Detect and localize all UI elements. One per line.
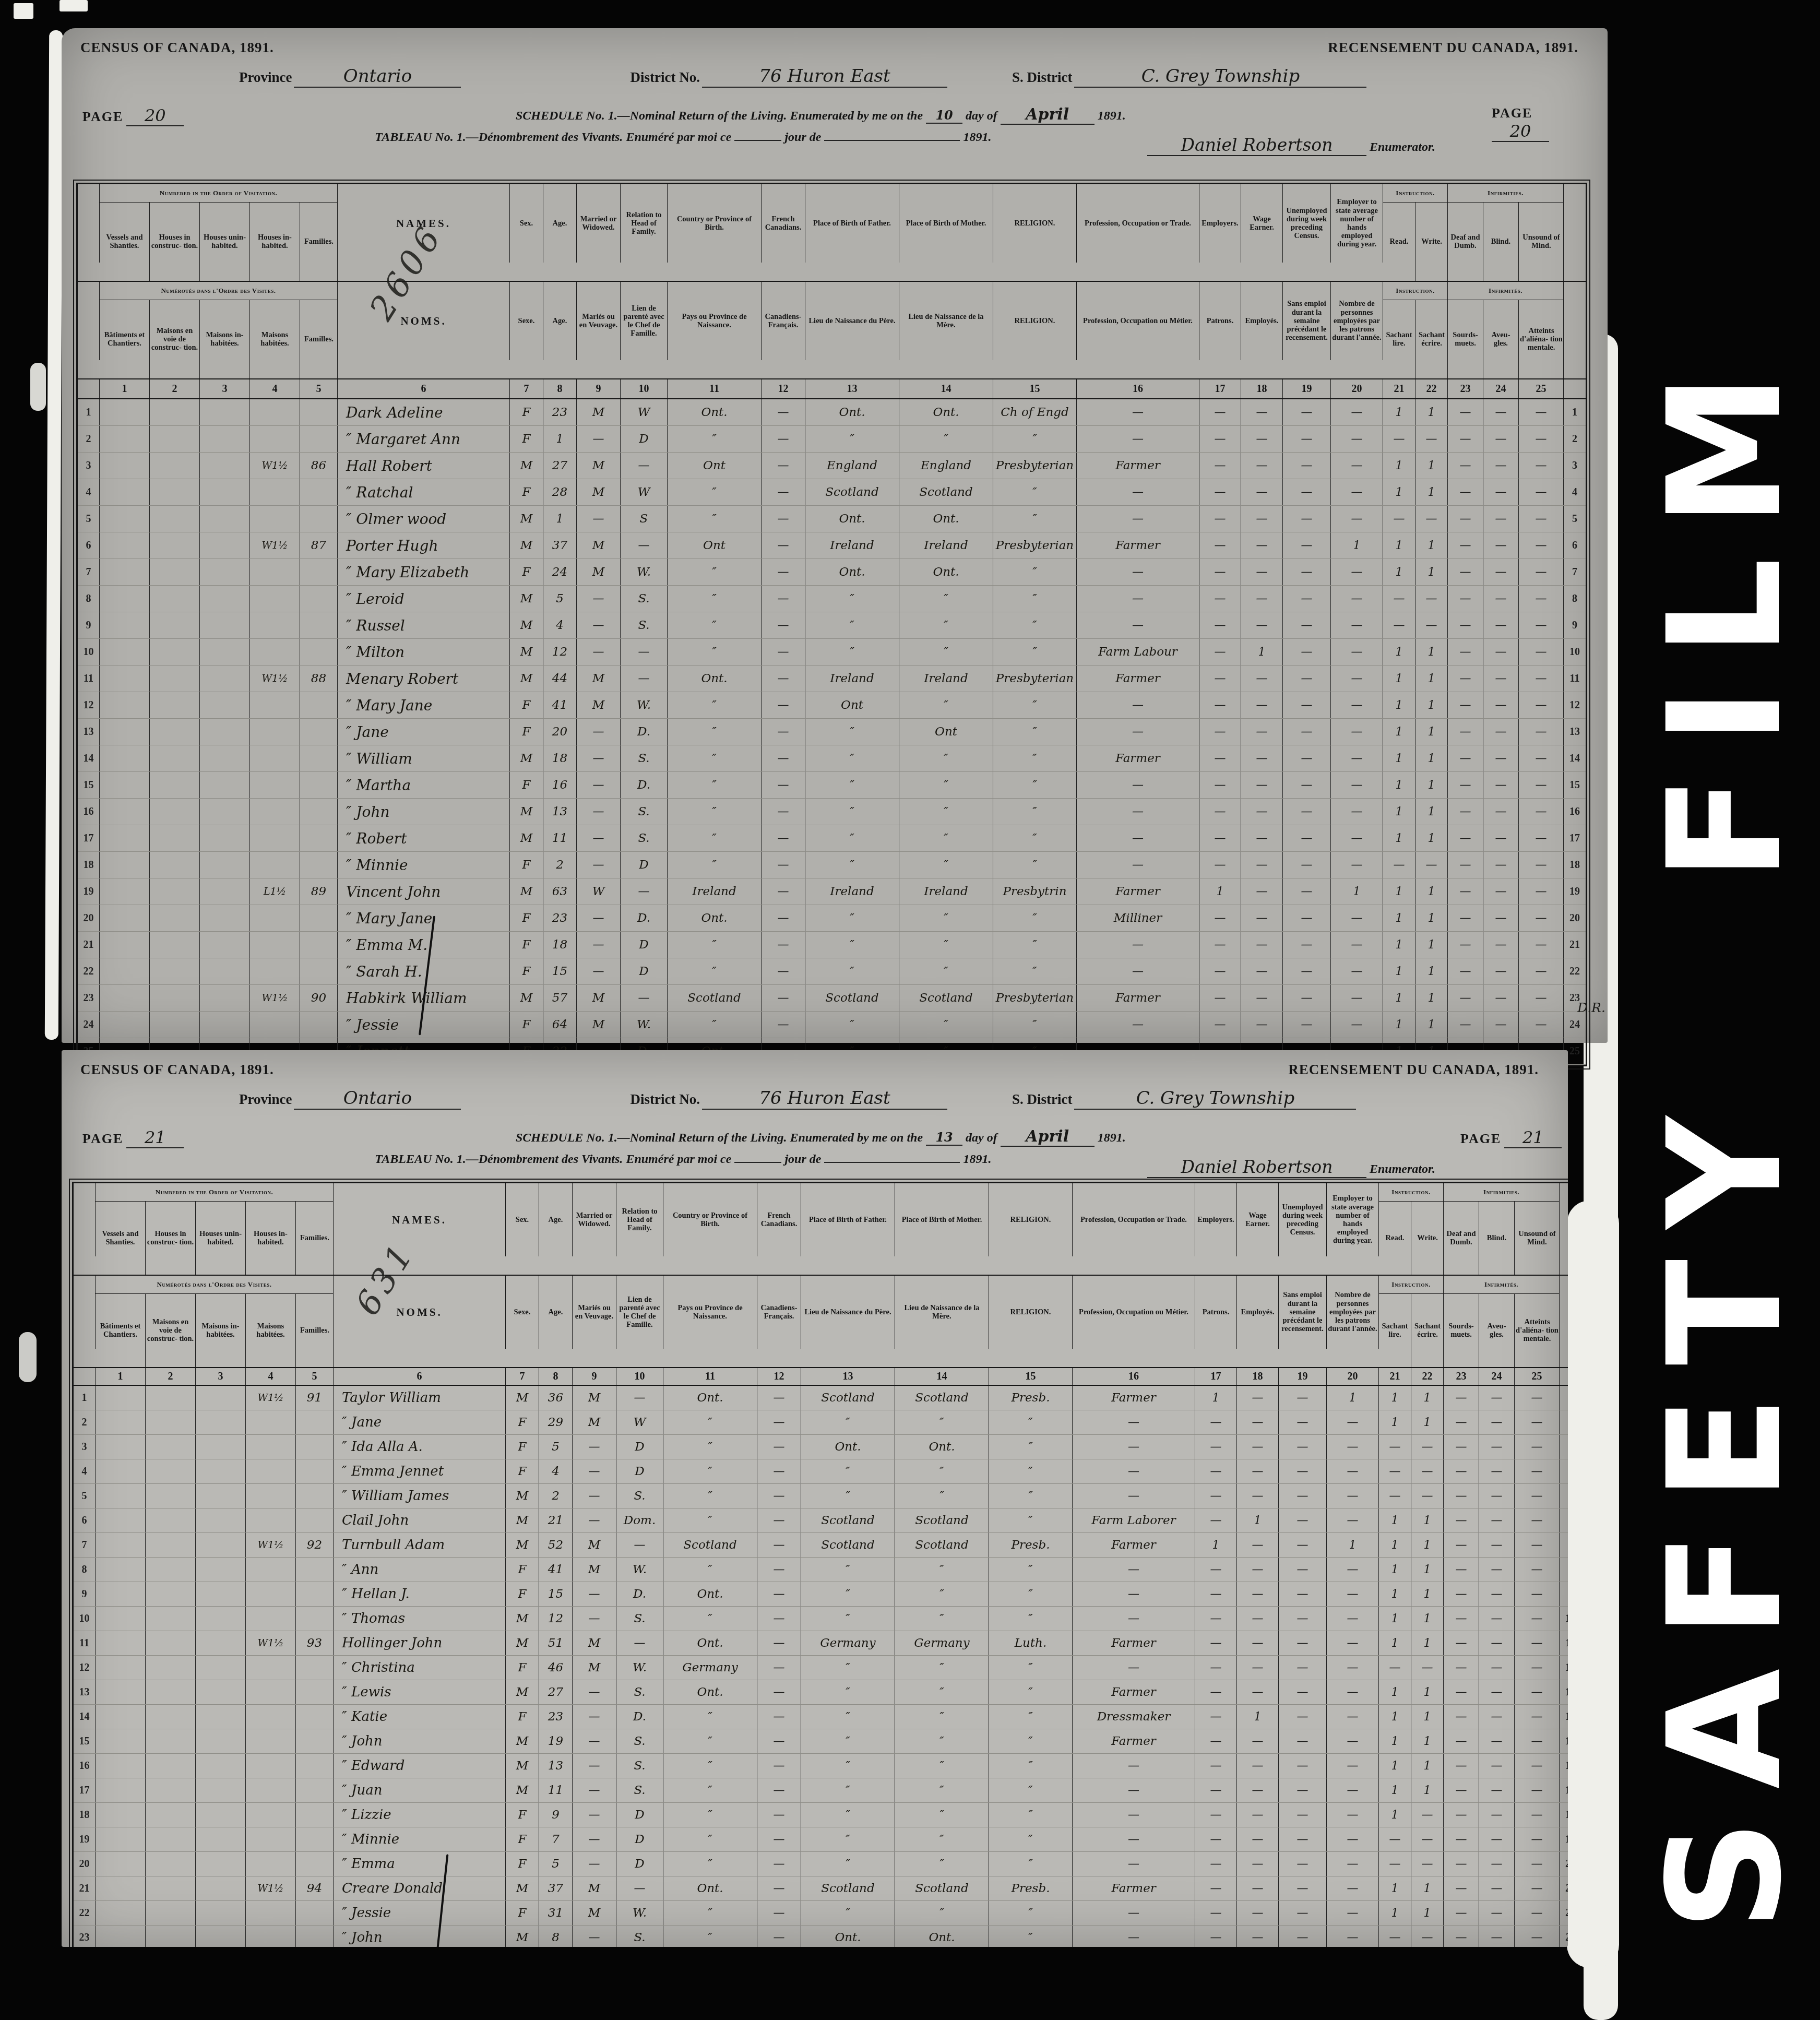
header-cell-en-13: Place of Birth of Father. <box>801 1183 895 1256</box>
cell-col-17: — <box>1195 1754 1237 1778</box>
column-number-8: 8 <box>543 379 577 398</box>
cell-col-9: — <box>577 958 621 984</box>
cell-col-13: ″ <box>801 1680 895 1704</box>
cell-col-6: ″ Katie <box>334 1705 506 1729</box>
cell-col-23: — <box>1448 426 1483 452</box>
page-label-right: PAGE <box>1492 105 1532 121</box>
cell-col-3 <box>200 506 250 532</box>
cell-col-13: England <box>805 453 899 479</box>
row-number-left: 6 <box>74 1508 96 1532</box>
row-number-right: 17 <box>1564 825 1586 851</box>
page-title-fr: RECENSEMENT DU CANADA, 1891. <box>1288 1062 1539 1078</box>
cell-col-11: Ont. <box>663 1631 757 1655</box>
cell-col-8: 41 <box>543 692 577 718</box>
cell-col-16: — <box>1073 1484 1195 1508</box>
cell-col-11: Scotland <box>663 1533 757 1557</box>
cell-col-23: — <box>1444 1508 1479 1532</box>
row-number-left: 15 <box>78 772 100 798</box>
cell-col-4 <box>250 612 300 638</box>
row-number-left: 1 <box>78 399 100 425</box>
cell-col-17: — <box>1199 772 1241 798</box>
cell-col-24: — <box>1483 586 1519 612</box>
header-cell-en-9: Married or Widowed. <box>577 184 621 263</box>
header-cell-en-19: Unemployed during week preceding Census. <box>1279 1183 1327 1256</box>
cell-col-23: — <box>1448 612 1483 638</box>
table-row: 6W1½87Porter HughM37M—Ont—IrelandIreland… <box>78 532 1586 559</box>
cell-col-20: — <box>1331 639 1383 665</box>
cell-col-3 <box>196 1926 246 1947</box>
cell-col-2 <box>150 479 200 505</box>
cell-col-4 <box>250 639 300 665</box>
cell-col-11: ″ <box>663 1852 757 1876</box>
header-band-fr: Numérotés dans l'Ordre des Visites.Bâtim… <box>74 1276 1568 1368</box>
cell-col-17: — <box>1199 586 1241 612</box>
cell-col-7: F <box>506 1705 539 1729</box>
cell-col-25: — <box>1519 1012 1564 1038</box>
cell-col-1 <box>100 532 150 559</box>
cell-col-9: M <box>573 1876 616 1900</box>
group-visitation-cols: Bâtiments et Chantiers.Maisons en voie d… <box>96 1294 333 1367</box>
row-number-right: 20 <box>1564 905 1586 931</box>
cell-col-8: 31 <box>539 1901 573 1925</box>
cell-col-13: ″ <box>801 1827 895 1851</box>
cell-col-12: — <box>762 612 805 638</box>
cell-col-17: — <box>1195 1827 1237 1851</box>
cell-col-9: — <box>573 1582 616 1606</box>
column-number-21: 21 <box>1383 379 1415 398</box>
cell-col-3 <box>196 1754 246 1778</box>
header-cell-en-16: Profession, Occupation or Trade. <box>1077 184 1199 263</box>
cell-col-7: F <box>506 1852 539 1876</box>
cell-col-2 <box>146 1410 196 1434</box>
table-row: 8″ AnnF41MW.″—″″″—————11———8 <box>74 1558 1568 1582</box>
cell-col-6: ″ Emma Jennet <box>334 1459 506 1483</box>
header-cell-en-18: Wage Earner. <box>1237 1183 1279 1256</box>
cell-col-20: — <box>1327 1656 1379 1680</box>
cell-col-2 <box>146 1680 196 1704</box>
cell-col-14: ″ <box>895 1901 989 1925</box>
sdistrict-value: C. Grey Township <box>1074 66 1366 88</box>
cell-col-6: ″ Emma M. <box>338 932 510 958</box>
header-cell-en-8: Age. <box>543 184 577 263</box>
row-number-right: 9 <box>1560 1582 1568 1606</box>
cell-col-3 <box>196 1631 246 1655</box>
cell-col-14: ″ <box>895 1778 989 1802</box>
cell-col-25: — <box>1515 1459 1560 1483</box>
margin-note: D.R. <box>1577 1000 1605 1015</box>
row-number-left: 22 <box>74 1901 96 1925</box>
cell-col-9: — <box>577 799 621 825</box>
enumerated-prefix: Enumerated by me on the <box>790 109 923 123</box>
cell-col-17: — <box>1195 1926 1237 1947</box>
cell-col-18: — <box>1237 1484 1279 1508</box>
header-cell-fr-13: Lieu de Naissance du Père. <box>805 282 899 360</box>
group-infirmities-cols: Deaf and Dumb.Blind.Unsound of Mind. <box>1448 203 1563 281</box>
cell-col-18: — <box>1241 799 1283 825</box>
table-row: 2″ JaneF29MW″—″″″—————11———2 <box>74 1410 1568 1435</box>
row-number-right: 20 <box>1560 1852 1568 1876</box>
cell-col-10: S <box>621 506 668 532</box>
cell-col-1 <box>100 745 150 771</box>
group-instruction-title: Instruction. <box>1383 282 1447 300</box>
cell-col-11: ″ <box>668 506 762 532</box>
cell-col-11: Ont <box>668 532 762 559</box>
cell-col-7: M <box>506 1484 539 1508</box>
cell-col-12: — <box>762 799 805 825</box>
cell-col-14: Scotland <box>899 479 993 505</box>
cell-col-14: ″ <box>895 1680 989 1704</box>
cell-col-7: M <box>506 1778 539 1802</box>
cell-col-2 <box>150 772 200 798</box>
cell-col-14: Ireland <box>899 666 993 692</box>
cell-col-11: ″ <box>663 1827 757 1851</box>
row-number-right: 11 <box>1564 666 1586 692</box>
cell-col-10: S. <box>616 1680 663 1704</box>
province-line: Province Ontario District No. 76 Huron E… <box>239 1088 1544 1110</box>
cell-col-14: ″ <box>895 1484 989 1508</box>
cell-col-2 <box>146 1754 196 1778</box>
cell-col-3 <box>196 1827 246 1851</box>
cell-col-12: — <box>757 1876 801 1900</box>
cell-col-8: 44 <box>543 666 577 692</box>
schedule-en: SCHEDULE No. 1.—Nominal Return of the Li… <box>516 1131 787 1145</box>
district-label: District No. <box>630 69 699 85</box>
cell-col-14: ″ <box>899 692 993 718</box>
cell-col-12: — <box>762 985 805 1011</box>
cell-col-21: 1 <box>1383 745 1415 771</box>
header-cell-fr-23: Sourds- muets. <box>1444 1294 1479 1367</box>
page-number-right: 20 <box>1492 121 1549 142</box>
cell-col-14: Ont. <box>899 506 993 532</box>
cell-col-2 <box>150 852 200 878</box>
cell-col-13: ″ <box>801 1607 895 1631</box>
cell-col-3 <box>196 1607 246 1631</box>
cell-col-9: — <box>577 426 621 452</box>
cell-col-24: — <box>1483 852 1519 878</box>
row-number-left: 11 <box>78 666 100 692</box>
cell-col-15: ″ <box>989 1582 1073 1606</box>
cell-col-5: 89 <box>300 878 338 905</box>
cell-col-9: — <box>573 1607 616 1631</box>
cell-col-23: — <box>1448 719 1483 745</box>
cell-col-9: — <box>573 1729 616 1753</box>
cell-col-22: 1 <box>1415 532 1448 559</box>
cell-col-20: — <box>1327 1754 1379 1778</box>
group-visitation-title: Numbered in the Order of Visitation. <box>96 1183 333 1202</box>
cell-col-22: 1 <box>1415 1012 1448 1038</box>
cell-col-20: — <box>1331 399 1383 425</box>
cell-col-25: — <box>1515 1435 1560 1459</box>
cell-col-6: ″ Jane <box>334 1410 506 1434</box>
cell-col-5 <box>296 1729 334 1753</box>
row-number-right: 14 <box>1564 745 1586 771</box>
cell-col-2 <box>146 1778 196 1802</box>
cell-col-24: — <box>1483 639 1519 665</box>
cell-col-23: — <box>1444 1386 1479 1410</box>
group-visitation: Numérotés dans l'Ordre des Visites.Bâtim… <box>100 282 338 378</box>
cell-col-22: 1 <box>1411 1386 1444 1410</box>
cell-col-24: — <box>1483 559 1519 585</box>
row-number-left: 17 <box>78 825 100 851</box>
cell-col-6: ″ Ratchal <box>338 479 510 505</box>
cell-col-25: — <box>1519 586 1564 612</box>
cell-col-9: — <box>573 1705 616 1729</box>
row-number-right: 8 <box>1560 1558 1568 1582</box>
tableau-text: TABLEAU No. 1.—Dénombrement des Vivants.… <box>375 1152 1158 1167</box>
cell-col-18: — <box>1237 1680 1279 1704</box>
cell-col-2 <box>150 1012 200 1038</box>
header-cell-fr-11: Pays ou Province de Naissance. <box>663 1276 757 1349</box>
cell-col-22: — <box>1415 852 1448 878</box>
cell-col-20: — <box>1327 1607 1379 1631</box>
cell-col-4 <box>246 1410 296 1434</box>
cell-col-7: F <box>506 1901 539 1925</box>
cell-col-8: 57 <box>543 985 577 1011</box>
cell-col-4 <box>246 1852 296 1876</box>
cell-col-2 <box>150 559 200 585</box>
header-cell-fr-22: Sachant écrire. <box>1415 300 1448 378</box>
cell-col-19: — <box>1279 1680 1327 1704</box>
cell-col-13: ″ <box>805 639 899 665</box>
cell-col-24: — <box>1479 1631 1515 1655</box>
cell-col-19: — <box>1283 479 1331 505</box>
cell-col-21: 1 <box>1383 878 1415 905</box>
cell-col-17: — <box>1199 719 1241 745</box>
header-cell-fr-6: NOMS. <box>338 282 510 360</box>
row-number-right: 10 <box>1560 1607 1568 1631</box>
cell-col-6: ″ Minnie <box>334 1827 506 1851</box>
cell-col-11: ″ <box>668 745 762 771</box>
cell-col-23: — <box>1444 1803 1479 1827</box>
cell-col-8: 52 <box>539 1533 573 1557</box>
cell-col-12: — <box>762 958 805 984</box>
header-cell-en-11: Country or Province of Birth. <box>663 1183 757 1256</box>
cell-col-21: 1 <box>1383 453 1415 479</box>
cell-col-12: — <box>757 1852 801 1876</box>
cell-col-16: Farmer <box>1073 1533 1195 1557</box>
cell-col-18: — <box>1241 878 1283 905</box>
cell-col-5 <box>300 772 338 798</box>
cell-col-13: ″ <box>805 745 899 771</box>
cell-col-19: — <box>1279 1852 1327 1876</box>
header-cell-fr-17: Patrons. <box>1199 282 1241 360</box>
cell-col-1 <box>100 852 150 878</box>
cell-col-22: 1 <box>1411 1582 1444 1606</box>
cell-col-22: — <box>1411 1926 1444 1947</box>
cell-col-13: ″ <box>805 719 899 745</box>
cell-col-24: — <box>1479 1705 1515 1729</box>
cell-col-19: — <box>1279 1459 1327 1483</box>
cell-col-8: 5 <box>539 1435 573 1459</box>
header-cell-fr-10: Lien de parenté avec le Chef de Famille. <box>616 1276 663 1349</box>
header-cell-fr-8: Age. <box>539 1276 573 1349</box>
enumerator-label: Enumerator. <box>1370 140 1435 154</box>
row-number-right: 10 <box>1564 639 1586 665</box>
cell-col-14: ″ <box>899 426 993 452</box>
header-cell-fr-4: Maisons habitées. <box>246 1294 296 1367</box>
cell-col-24: — <box>1479 1901 1515 1925</box>
cell-col-25: — <box>1515 1926 1560 1947</box>
cell-col-23: — <box>1444 1582 1479 1606</box>
cell-col-1 <box>96 1386 146 1410</box>
cell-col-12: — <box>757 1459 801 1483</box>
row-number-right: 9 <box>1564 612 1586 638</box>
cell-col-6: ″ Edward <box>334 1754 506 1778</box>
cell-col-12: — <box>757 1558 801 1582</box>
cell-col-10: — <box>616 1386 663 1410</box>
cell-col-12: — <box>762 586 805 612</box>
cell-col-3 <box>196 1558 246 1582</box>
column-number-25: 25 <box>1519 379 1564 398</box>
cell-col-20: — <box>1327 1558 1379 1582</box>
column-number-21: 21 <box>1379 1368 1411 1385</box>
cell-col-22: 1 <box>1411 1607 1444 1631</box>
cell-col-20: — <box>1331 453 1383 479</box>
cell-col-15: Presb. <box>989 1386 1073 1410</box>
cell-col-23: — <box>1444 1410 1479 1434</box>
cell-col-10: — <box>616 1533 663 1557</box>
header-band-fr: Numérotés dans l'Ordre des Visites.Bâtim… <box>78 282 1586 379</box>
cell-col-15: ″ <box>989 1705 1073 1729</box>
row-number-right: 4 <box>1560 1459 1568 1483</box>
cell-col-10: D. <box>616 1705 663 1729</box>
cell-col-15: ″ <box>989 1901 1073 1925</box>
header-cell-fr-9: Mariés ou en Veuvage. <box>577 282 621 360</box>
row-number-left: 2 <box>74 1410 96 1434</box>
cell-col-19: — <box>1279 1410 1327 1434</box>
cell-col-4 <box>250 426 300 452</box>
column-number-13: 13 <box>805 379 899 398</box>
header-cell-fr-1: Bâtiments et Chantiers. <box>100 300 150 378</box>
cell-col-2 <box>146 1533 196 1557</box>
cell-col-3 <box>200 453 250 479</box>
row-number-corner <box>1560 1183 1568 1256</box>
cell-col-9: M <box>577 985 621 1011</box>
cell-col-16: — <box>1077 1012 1199 1038</box>
cell-col-6: Dark Adeline <box>338 399 510 425</box>
cell-col-6: ″ Milton <box>338 639 510 665</box>
cell-col-10: Dom. <box>616 1508 663 1532</box>
cell-col-24: — <box>1479 1656 1515 1680</box>
cell-col-19: — <box>1279 1386 1327 1410</box>
cell-col-18: — <box>1237 1926 1279 1947</box>
cell-col-23: — <box>1448 586 1483 612</box>
cell-col-19: — <box>1283 932 1331 958</box>
cell-col-2 <box>150 586 200 612</box>
row-number-corner <box>1564 379 1586 398</box>
cell-col-10: — <box>616 1876 663 1900</box>
cell-col-11: ″ <box>668 825 762 851</box>
cell-col-9: M <box>573 1410 616 1434</box>
cell-col-18: 1 <box>1241 639 1283 665</box>
cell-col-11: Ont. <box>663 1582 757 1606</box>
cell-col-19: — <box>1283 399 1331 425</box>
cell-col-4 <box>250 692 300 718</box>
group-visitation-title: Numérotés dans l'Ordre des Visites. <box>96 1276 333 1294</box>
cell-col-19: — <box>1283 799 1331 825</box>
cell-col-24: — <box>1479 1582 1515 1606</box>
cell-col-18: — <box>1241 932 1283 958</box>
cell-col-6: ″ Sarah H. <box>338 958 510 984</box>
row-number-corner <box>1564 282 1586 360</box>
cell-col-20: — <box>1327 1459 1379 1483</box>
cell-col-10: D <box>616 1803 663 1827</box>
cell-col-7: F <box>510 852 543 878</box>
column-number-17: 17 <box>1199 379 1241 398</box>
cell-col-6: ″ Emma <box>334 1852 506 1876</box>
row-number-right: 7 <box>1560 1533 1568 1557</box>
cell-col-8: 19 <box>539 1729 573 1753</box>
cell-col-20: 1 <box>1331 878 1383 905</box>
cell-col-14: ″ <box>895 1729 989 1753</box>
cell-col-15: ″ <box>993 799 1077 825</box>
cell-col-24: — <box>1483 666 1519 692</box>
cell-col-20: — <box>1331 958 1383 984</box>
group-visitation: Numbered in the Order of Visitation.Vess… <box>96 1183 334 1275</box>
cell-col-1 <box>96 1631 146 1655</box>
cell-col-8: 7 <box>539 1827 573 1851</box>
cell-col-24: — <box>1483 532 1519 559</box>
cell-col-14: Ireland <box>899 878 993 905</box>
cell-col-25: — <box>1515 1607 1560 1631</box>
cell-col-8: 41 <box>539 1558 573 1582</box>
cell-col-20: — <box>1327 1582 1379 1606</box>
cell-col-25: — <box>1519 985 1564 1011</box>
cell-col-22: — <box>1411 1484 1444 1508</box>
cell-col-5 <box>300 559 338 585</box>
cell-col-21: 1 <box>1383 719 1415 745</box>
cell-col-24: — <box>1483 905 1519 931</box>
cell-col-19: — <box>1283 639 1331 665</box>
cell-col-2 <box>146 1926 196 1947</box>
cell-col-15: ″ <box>993 692 1077 718</box>
cell-col-16: Farmer <box>1073 1386 1195 1410</box>
cell-col-20: — <box>1327 1876 1379 1900</box>
header-cell-fr-15: RELIGION. <box>989 1276 1073 1349</box>
cell-col-19: — <box>1283 666 1331 692</box>
cell-col-19: — <box>1279 1729 1327 1753</box>
cell-col-3 <box>200 745 250 771</box>
cell-col-25: — <box>1515 1803 1560 1827</box>
cell-col-7: M <box>510 825 543 851</box>
row-number-left: 9 <box>78 612 100 638</box>
row-number-corner <box>78 379 100 398</box>
header-cell-en-14: Place of Birth of Mother. <box>899 184 993 263</box>
row-number-left: 21 <box>78 932 100 958</box>
cell-col-16: — <box>1073 1754 1195 1778</box>
cell-col-13: ″ <box>801 1410 895 1434</box>
cell-col-19: — <box>1283 453 1331 479</box>
cell-col-19: — <box>1283 532 1331 559</box>
table-row: 13″ LewisM27—S.Ont.—″″″Farmer————11———13 <box>74 1680 1568 1705</box>
column-number-18: 18 <box>1237 1368 1279 1385</box>
group-instruction-title: Instruction. <box>1379 1183 1443 1202</box>
cell-col-1 <box>100 799 150 825</box>
cell-col-7: F <box>506 1827 539 1851</box>
group-instruction: Instruction.Read.Write. <box>1379 1183 1444 1275</box>
header-cell-en-17: Employers. <box>1199 184 1241 263</box>
cell-col-25: — <box>1519 666 1564 692</box>
cell-col-5 <box>296 1435 334 1459</box>
cell-col-2 <box>150 745 200 771</box>
cell-col-24: — <box>1479 1533 1515 1557</box>
cell-col-7: M <box>510 639 543 665</box>
cell-col-15: ″ <box>989 1410 1073 1434</box>
cell-col-19: — <box>1279 1876 1327 1900</box>
cell-col-10: — <box>621 878 668 905</box>
row-number-right: 21 <box>1560 1876 1568 1900</box>
header-cell-en-7: Sex. <box>506 1183 539 1256</box>
